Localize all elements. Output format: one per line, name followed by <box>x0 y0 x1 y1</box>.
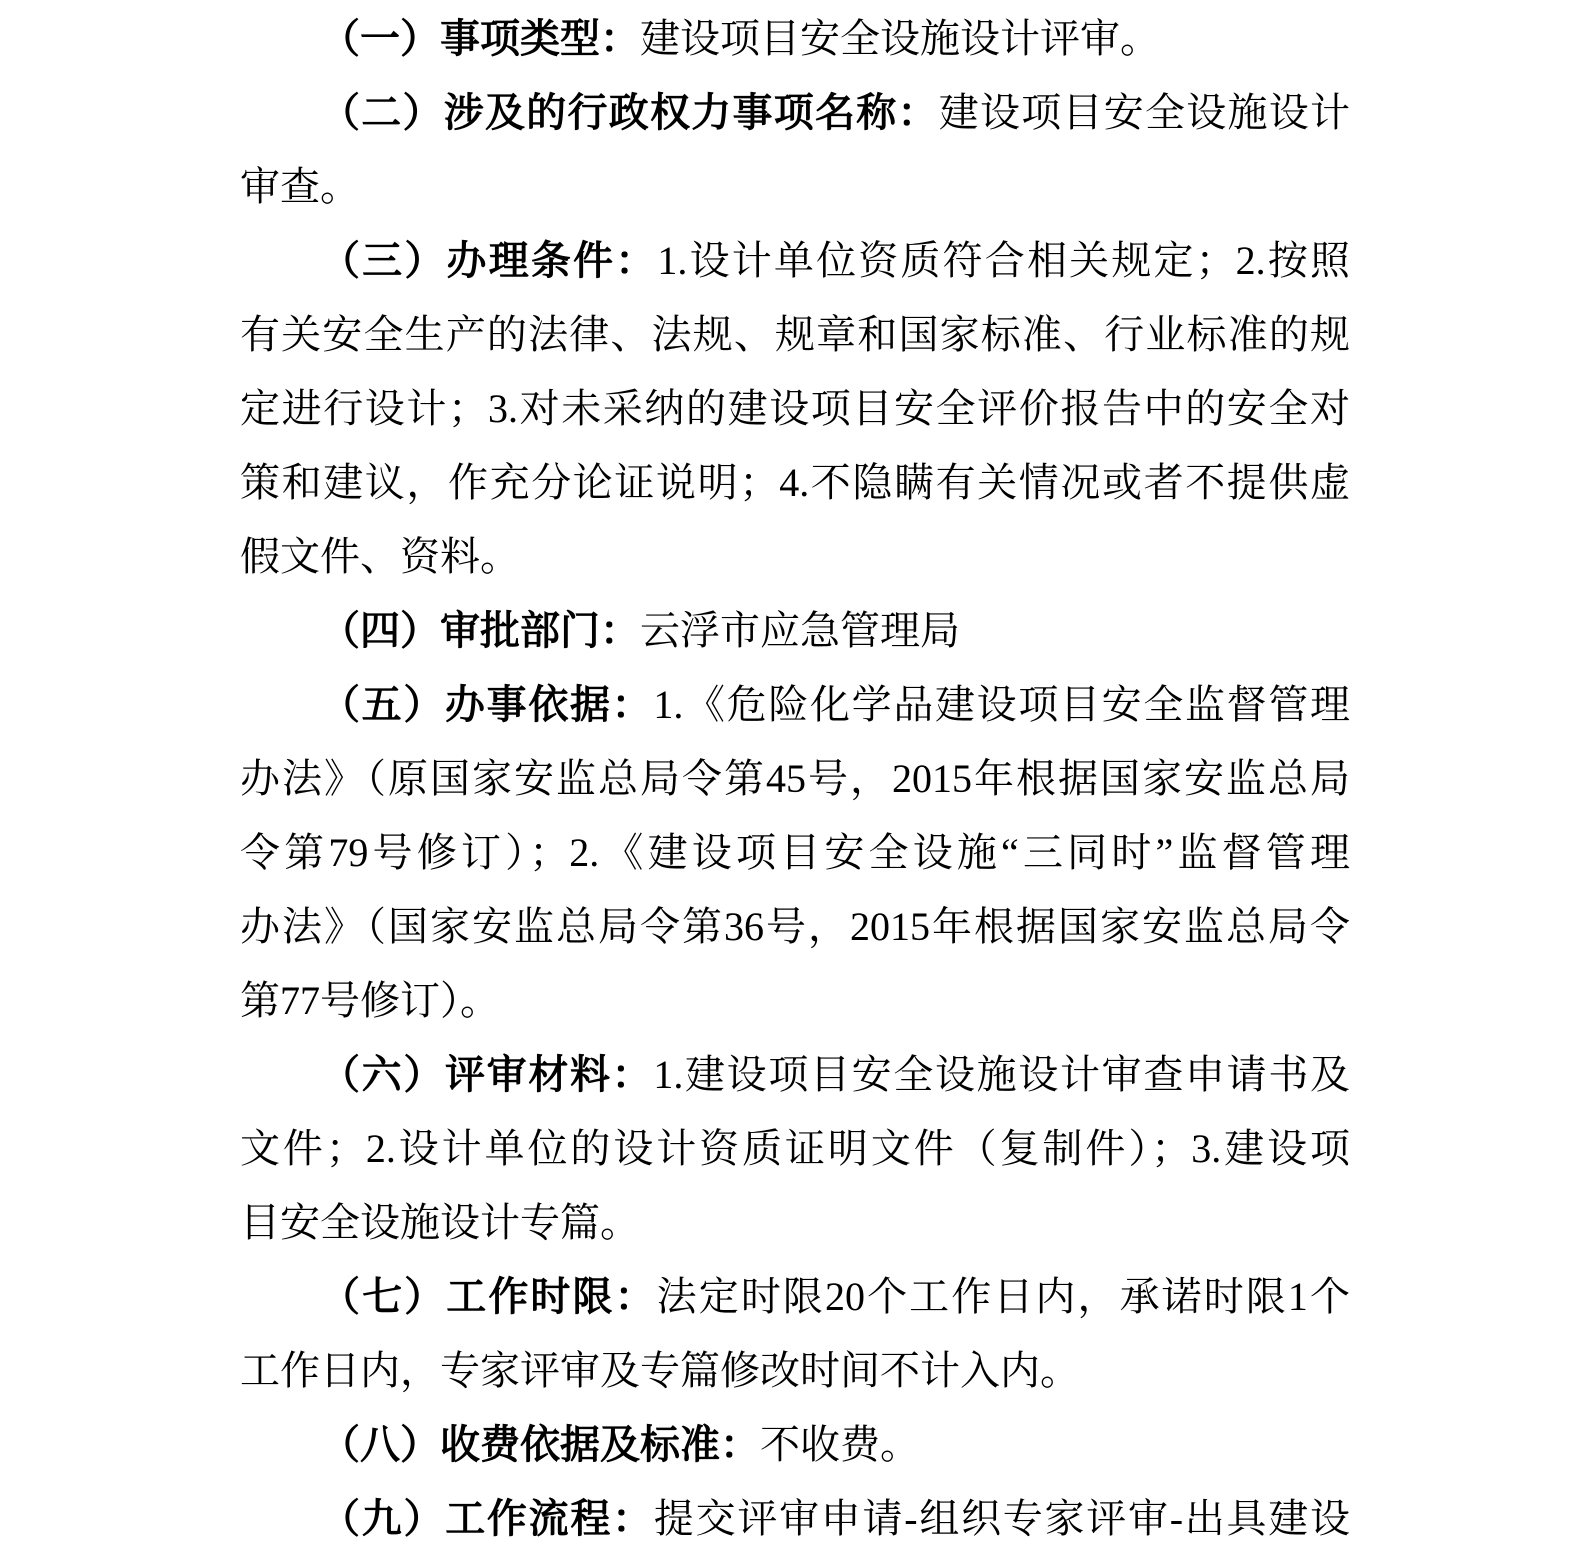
text-line-3: 审查。 <box>240 150 1350 224</box>
section-label: （三）办理条件： <box>320 238 657 283</box>
text-line-9: （四）审批部门：云浮市应急管理局 <box>240 594 1350 668</box>
section-label: （七）工作时限： <box>320 1274 657 1319</box>
section-text: 建设项目安全设施设计评审。 <box>640 16 1160 61</box>
text-line-11: 办法》（原国家安监总局令第45号，2015年根据国家安监总局 <box>240 742 1350 816</box>
section-text: 定进行设计；3.对未采纳的建设项目安全评价报告中的安全对 <box>240 386 1350 431</box>
section-text: 1.建设项目安全设施设计审查申请书及 <box>653 1052 1350 1097</box>
section-label: （一）事项类型： <box>320 16 640 61</box>
text-line-7: 策和建议，作充分论证说明；4.不隐瞒有关情况或者不提供虚 <box>240 446 1350 520</box>
text-line-21: （九）工作流程：提交评审申请-组织专家评审-出具建设 <box>240 1482 1350 1550</box>
section-text: 云浮市应急管理局 <box>640 608 960 653</box>
section-text: 不收费。 <box>760 1422 920 1467</box>
text-line-10: （五）办事依据：1.《危险化学品建设项目安全监督管理 <box>240 668 1350 742</box>
text-line-6: 定进行设计；3.对未采纳的建设项目安全评价报告中的安全对 <box>240 372 1350 446</box>
section-label: （八）收费依据及标准： <box>320 1422 760 1467</box>
text-line-12: 令第79号修订）；2.《建设项目安全设施“三同时”监督管理 <box>240 816 1350 890</box>
section-label: （四）审批部门： <box>320 608 640 653</box>
text-line-15: （六）评审材料：1.建设项目安全设施设计审查申请书及 <box>240 1038 1350 1112</box>
section-text: 工作日内，专家评审及专篇修改时间不计入内。 <box>240 1348 1080 1393</box>
text-line-17: 目安全设施设计专篇。 <box>240 1186 1350 1260</box>
section-text: 文件；2.设计单位的设计资质证明文件（复制件）；3.建设项 <box>240 1126 1350 1171</box>
text-line-18: （七）工作时限：法定时限20个工作日内，承诺时限1个 <box>240 1260 1350 1334</box>
text-line-13: 办法》（国家安监总局令第36号，2015年根据国家安监总局令 <box>240 890 1350 964</box>
section-text: 审查。 <box>240 164 360 209</box>
text-line-5: 有关安全生产的法律、法规、规章和国家标准、行业标准的规 <box>240 298 1350 372</box>
section-text: 有关安全生产的法律、法规、规章和国家标准、行业标准的规 <box>240 312 1350 357</box>
section-text: 1.《危险化学品建设项目安全监督管理 <box>653 682 1350 727</box>
section-text: 令第79号修订）；2.《建设项目安全设施“三同时”监督管理 <box>240 830 1350 875</box>
section-text: 目安全设施设计专篇。 <box>240 1200 640 1245</box>
text-line-14: 第77号修订）。 <box>240 964 1350 1038</box>
text-line-1: （一）事项类型：建设项目安全设施设计评审。 <box>240 2 1350 76</box>
text-line-4: （三）办理条件：1.设计单位资质符合相关规定；2.按照 <box>240 224 1350 298</box>
document-page: （一）事项类型：建设项目安全设施设计评审。 （二）涉及的行政权力事项名称：建设项… <box>0 0 1587 1550</box>
section-text: 1.设计单位资质符合相关规定；2.按照 <box>657 238 1350 283</box>
section-text: 建设项目安全设施设计 <box>939 90 1350 135</box>
text-line-16: 文件；2.设计单位的设计资质证明文件（复制件）；3.建设项 <box>240 1112 1350 1186</box>
text-line-19: 工作日内，专家评审及专篇修改时间不计入内。 <box>240 1334 1350 1408</box>
section-text: 法定时限20个工作日内，承诺时限1个 <box>657 1274 1350 1319</box>
text-line-20: （八）收费依据及标准：不收费。 <box>240 1408 1350 1482</box>
section-text: 策和建议，作充分论证说明；4.不隐瞒有关情况或者不提供虚 <box>240 460 1350 505</box>
text-line-2: （二）涉及的行政权力事项名称：建设项目安全设施设计 <box>240 76 1350 150</box>
section-text: 办法》（国家安监总局令第36号，2015年根据国家安监总局令 <box>240 904 1350 949</box>
section-text: 提交评审申请-组织专家评审-出具建设 <box>654 1496 1350 1541</box>
section-text: 第77号修订）。 <box>240 978 500 1023</box>
section-label: （九）工作流程： <box>320 1496 654 1541</box>
section-label: （五）办事依据： <box>320 682 653 727</box>
section-label: （二）涉及的行政权力事项名称： <box>320 90 939 135</box>
section-text: 办法》（原国家安监总局令第45号，2015年根据国家安监总局 <box>240 756 1350 801</box>
section-label: （六）评审材料： <box>320 1052 653 1097</box>
section-text: 假文件、资料。 <box>240 534 520 579</box>
text-line-8: 假文件、资料。 <box>240 520 1350 594</box>
